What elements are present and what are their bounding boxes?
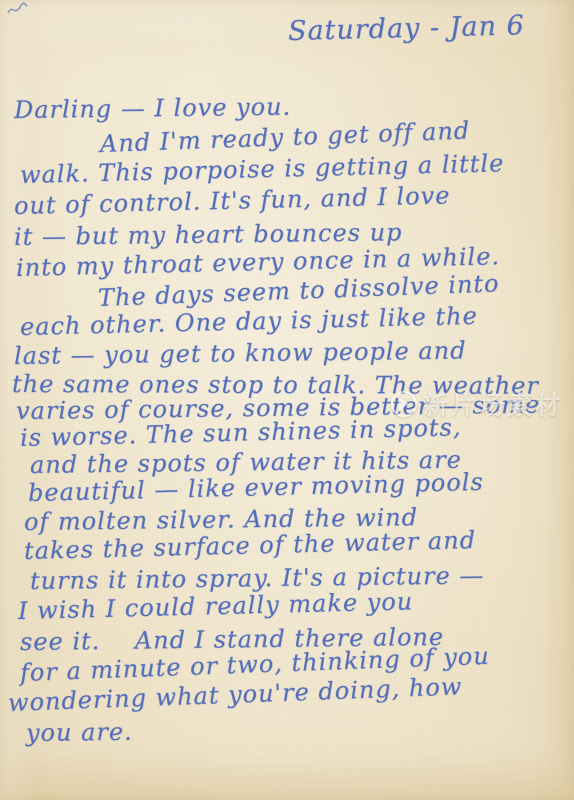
letter-line: turns it into spray. It's a picture — (30, 561, 485, 595)
watermark: 新片场素材 (391, 386, 563, 422)
letter-line: last — you get to know people and (14, 336, 467, 370)
letter-photo: Saturday - Jan 6 Darling — I love you. A… (0, 0, 574, 800)
date-line: Saturday - Jan 6 (288, 10, 525, 47)
letter-line: you are. (26, 718, 133, 747)
ink-squiggle-mark (6, 2, 28, 18)
watermark-play-circle-icon (391, 391, 417, 417)
salutation-line: Darling — I love you. (14, 93, 291, 124)
watermark-text: 新片场素材 (423, 386, 563, 422)
